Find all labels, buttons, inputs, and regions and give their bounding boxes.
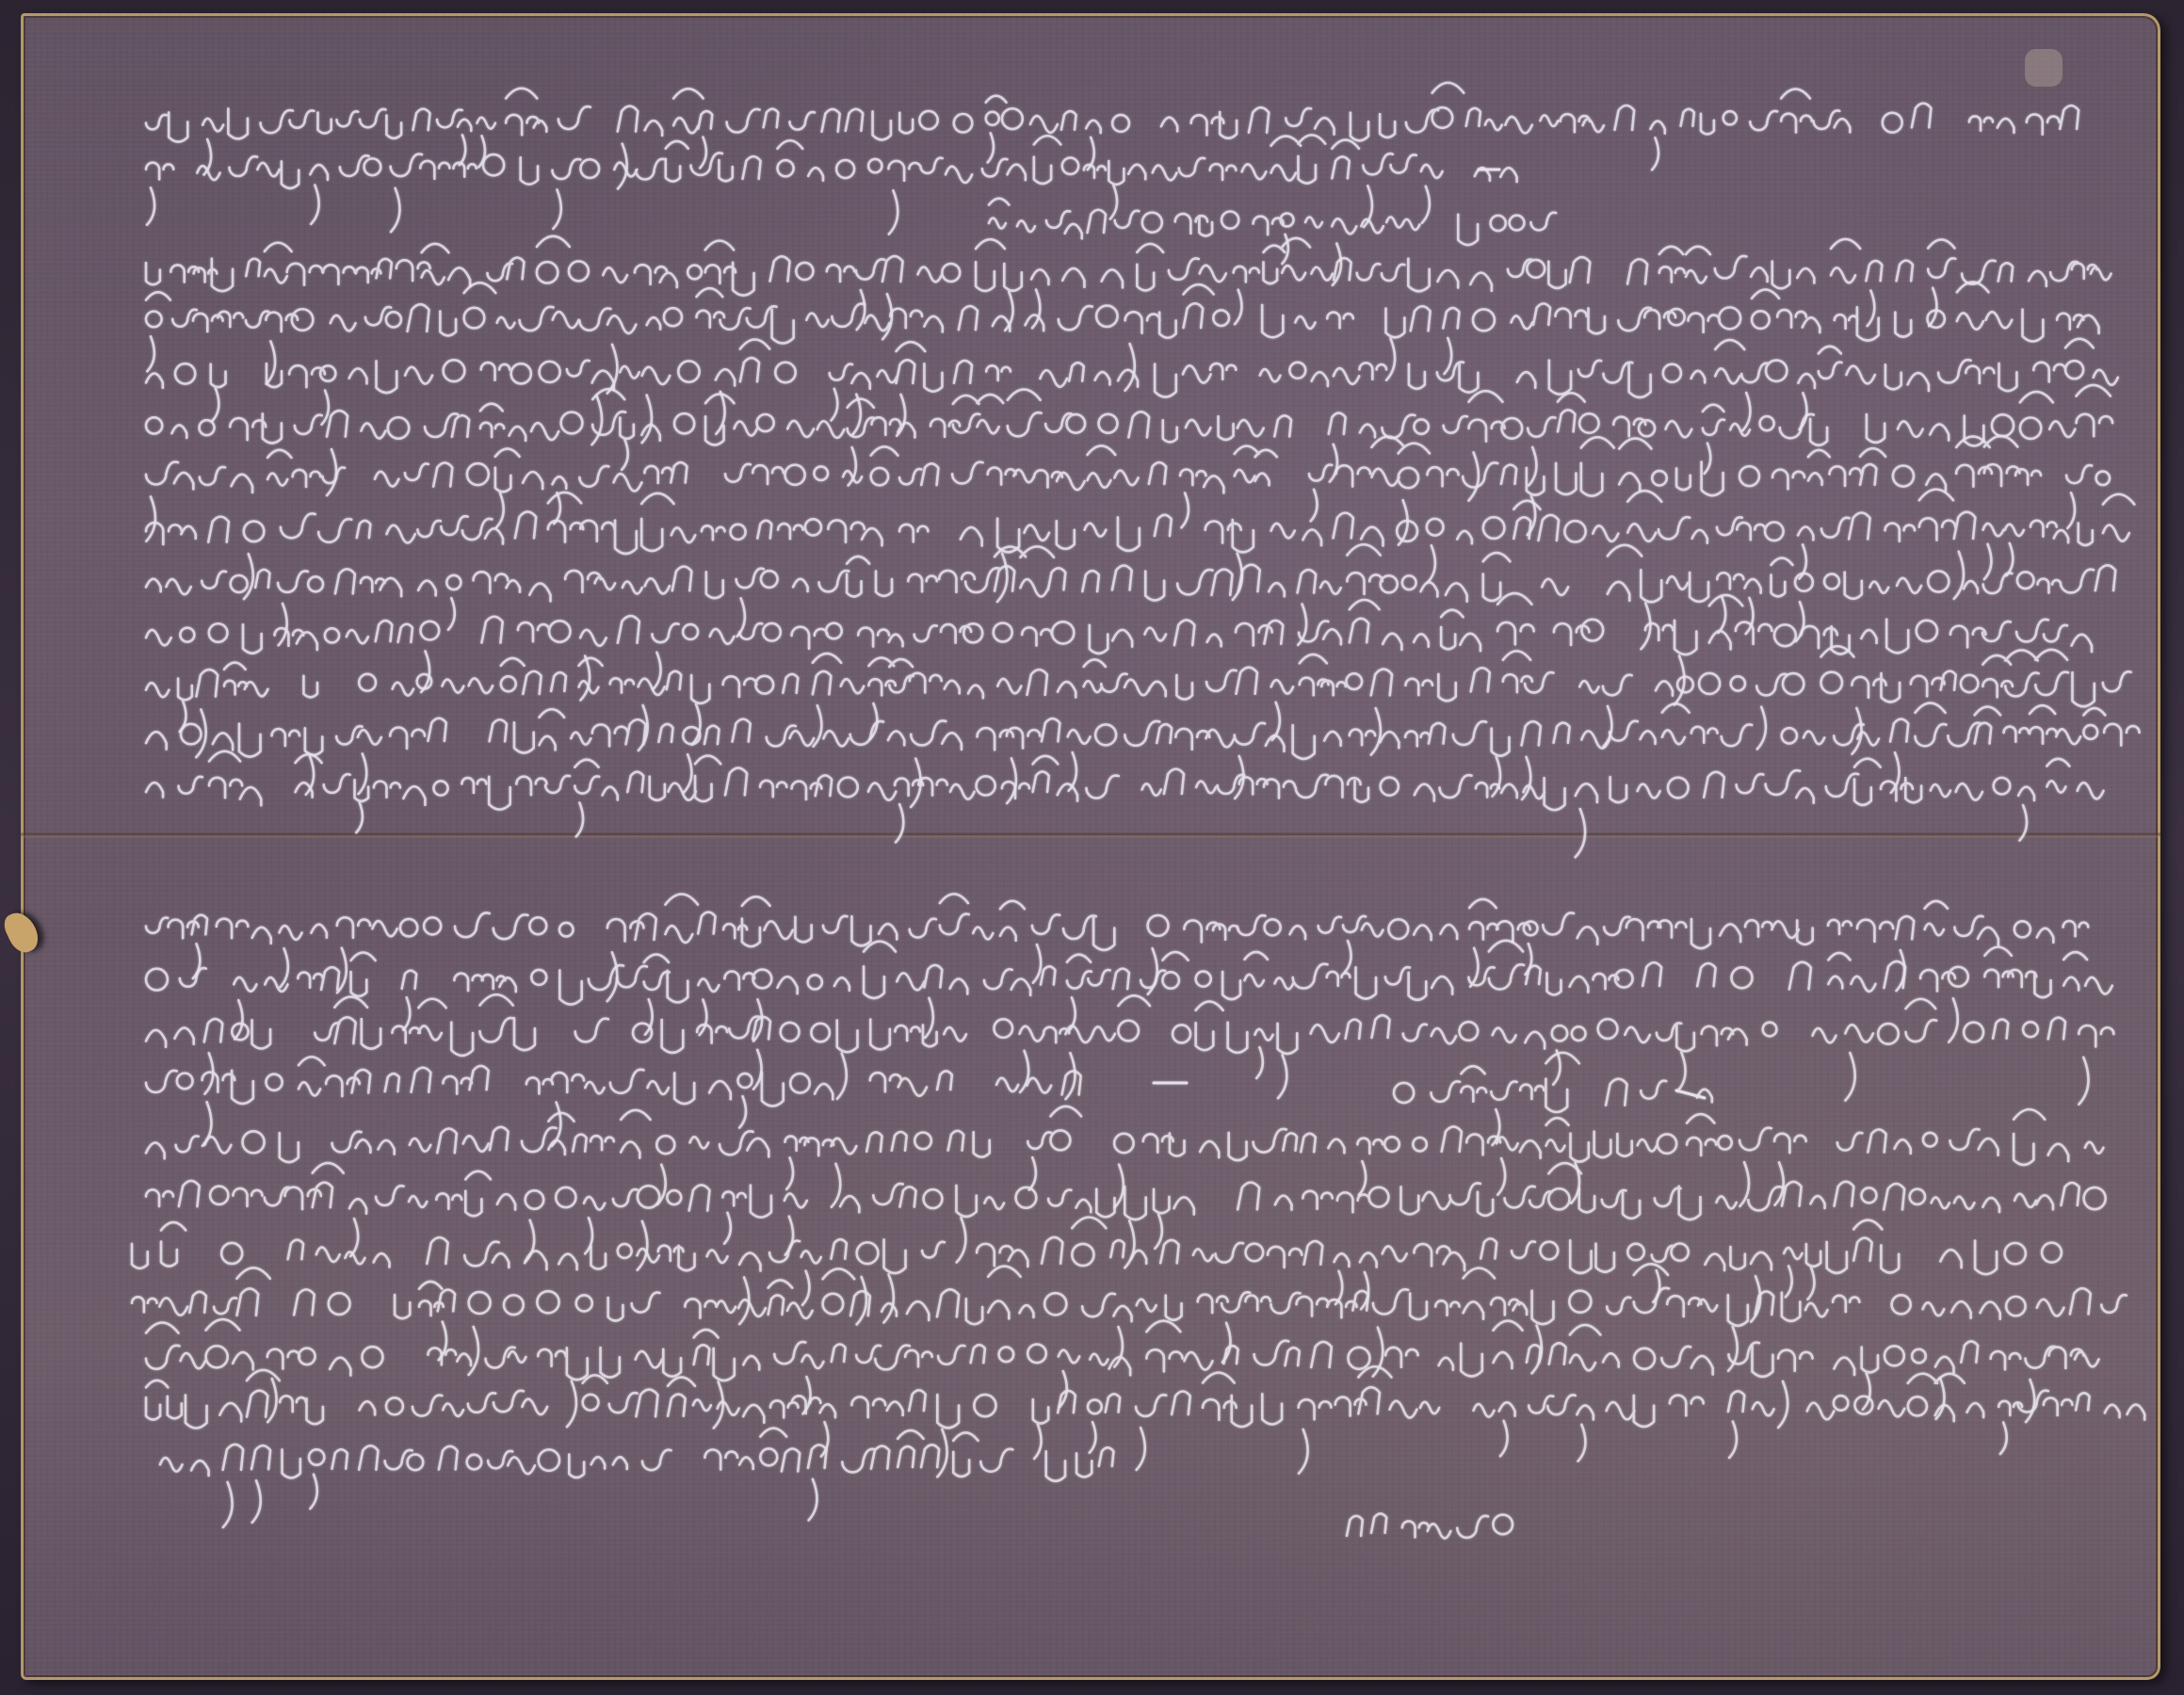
script-line [989,199,1556,285]
handwritten-text [0,0,2184,1695]
script-line [146,751,2104,857]
script-line [146,83,2079,189]
script-line [146,593,2092,704]
script-line [1394,1053,1712,1145]
script-line [146,544,2115,649]
script-line [146,994,2113,1104]
script-line [146,703,2140,807]
script-line [146,1366,2144,1477]
script-line [132,1264,2127,1376]
script-line [146,894,2088,1001]
script-line [1347,1513,1513,1538]
script-line [146,941,2112,1042]
script-line [160,1429,1113,1527]
script-line [146,490,2134,602]
script-line [146,1163,2106,1270]
script-line [146,282,2099,394]
script-line [146,339,2118,444]
script-line [146,1057,1081,1145]
